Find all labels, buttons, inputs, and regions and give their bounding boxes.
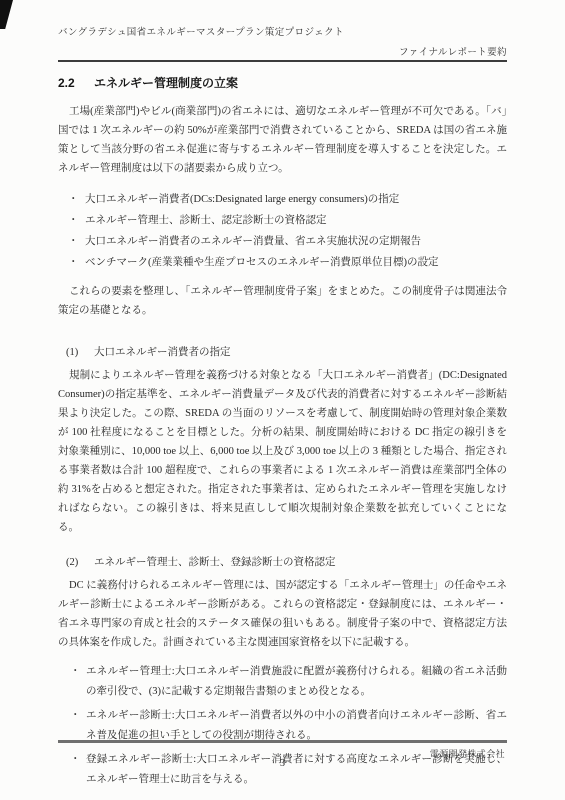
subsection-2-body: DC に義務付けられるエネルギー管理には、国が認定する「エネルギー管理士」の任命… (58, 576, 507, 652)
system-elements-list: ・ 大口エネルギー消費者(DCs:Designated large energy… (58, 189, 507, 273)
subsection-title: エネルギー管理士、診断士、登録診断士の資格認定 (94, 554, 336, 569)
page-header: バングラデシュ国省エネルギーマスタープラン策定プロジェクト ファイナルレポート要… (58, 24, 507, 62)
list-item-text: 大口エネルギー消費者のエネルギー消費量、省エネ実施状況の定期報告 (85, 231, 421, 252)
page-number: 3 (0, 758, 565, 769)
certification-list: ・ エネルギー管理士:大口エネルギー消費施設に配置が義務付けられる。組織の省エネ… (58, 662, 507, 789)
report-label: ファイナルレポート要約 (58, 44, 507, 58)
list-item: ・ エネルギー管理士:大口エネルギー消費施設に配置が義務付けられる。組織の省エネ… (70, 662, 507, 701)
project-title: バングラデシュ国省エネルギーマスタープラン策定プロジェクト (58, 24, 507, 38)
intro-paragraph: 工場(産業部門)やビル(商業部門)の省エネには、適切なエネルギー管理が不可欠であ… (58, 102, 507, 178)
bullet-icon: ・ (68, 231, 85, 252)
list-item: ・ ベンチマーク(産業業種や生産プロセスのエネルギー消費原単位目標)の設定 (68, 252, 507, 273)
footer-rule (58, 740, 507, 743)
bullet-icon: ・ (68, 210, 85, 231)
list-item-text: エネルギー管理士:大口エネルギー消費施設に配置が義務付けられる。組織の省エネ活動… (86, 662, 507, 701)
section-heading: 2.2 エネルギー管理制度の立案 (58, 74, 507, 91)
document-page: バングラデシュ国省エネルギーマスタープラン策定プロジェクト ファイナルレポート要… (0, 0, 565, 800)
subsection-title: 大口エネルギー消費者の指定 (94, 344, 231, 359)
list-item-text: 大口エネルギー消費者(DCs:Designated large energy c… (85, 189, 399, 210)
bullet-icon: ・ (68, 252, 85, 273)
list-item: ・ 大口エネルギー消費者(DCs:Designated large energy… (68, 189, 507, 210)
section-title: エネルギー管理制度の立案 (94, 74, 238, 91)
subsection-1-heading: (1) 大口エネルギー消費者の指定 (58, 344, 507, 359)
subsection-1: (1) 大口エネルギー消費者の指定 規制によりエネルギー管理を義務づける対象とな… (58, 344, 507, 537)
list-item: ・ 大口エネルギー消費者のエネルギー消費量、省エネ実施状況の定期報告 (68, 231, 507, 252)
summary-paragraph: これらの要素を整理し、「エネルギー管理制度骨子案」をまとめた。この制度骨子は関連… (58, 282, 507, 320)
header-rule (58, 60, 507, 62)
list-item-text: エネルギー管理士、診断士、認定診断士の資格認定 (85, 210, 327, 231)
bullet-icon: ・ (70, 750, 86, 789)
subsection-number: (2) (66, 557, 94, 568)
bullet-icon: ・ (68, 189, 85, 210)
list-item-text: ベンチマーク(産業業種や生産プロセスのエネルギー消費原単位目標)の設定 (85, 252, 439, 273)
page-content: バングラデシュ国省エネルギーマスタープラン策定プロジェクト ファイナルレポート要… (0, 0, 565, 789)
list-item: ・ エネルギー管理士、診断士、認定診断士の資格認定 (68, 210, 507, 231)
subsection-1-body: 規制によりエネルギー管理を義務づける対象となる「大口エネルギー消費者」(DC:D… (58, 366, 507, 537)
subsection-number: (1) (66, 347, 94, 358)
bullet-icon: ・ (70, 662, 86, 701)
subsection-2-heading: (2) エネルギー管理士、診断士、登録診断士の資格認定 (58, 554, 507, 569)
section-number: 2.2 (58, 76, 94, 90)
